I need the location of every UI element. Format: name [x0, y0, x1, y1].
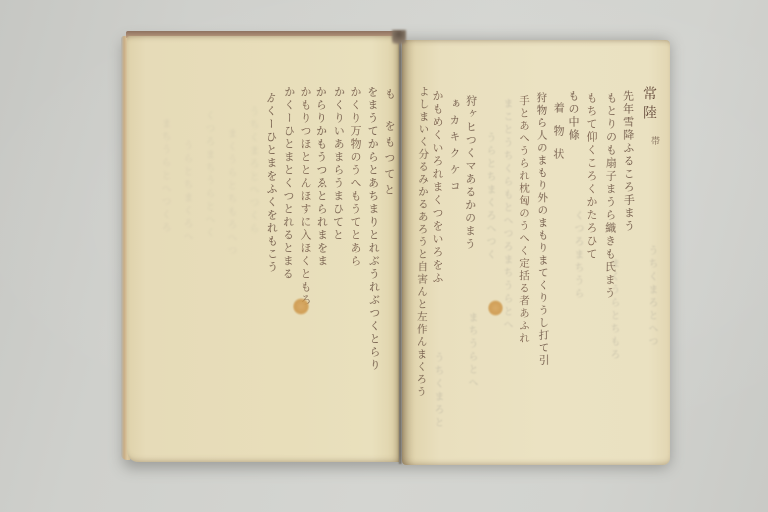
bleedthrough-column: まくうらとちもろ: [608, 258, 618, 362]
text-column: 先年雪降ふるころ手まう: [622, 90, 634, 233]
bleedthrough-column: うちくまろとへつ: [646, 245, 656, 349]
ink-stain: [293, 298, 309, 315]
text-column: かもりつほととんほすに入ほくともろ: [300, 86, 311, 307]
bleedthrough-column: うちくまろと: [432, 352, 442, 430]
left-page: も をもつてと をまうてからとあちまりとれぶうれぶつくとらり かくり万物のうへも…: [127, 36, 399, 462]
ink-stain: [488, 300, 503, 316]
katakana-column: ぁカキクケコ: [448, 98, 459, 197]
gutter-notch: [392, 30, 406, 44]
text-column: かくり万物のうへもうてとあら: [350, 86, 361, 268]
text-column: ゟくーひとまをふくをれもこう: [265, 92, 278, 274]
bleedthrough-column: まことうちくらもとへつろまちうらとへ: [501, 98, 511, 332]
page-title-column: 常陸: [642, 86, 656, 124]
bleedthrough-column: くつろまちうらとへく: [203, 110, 213, 240]
bleedthrough-column: くつろまちうら: [572, 210, 582, 301]
text-column: よしまいく分るみかるあろうと自害んと左作んまくろう: [415, 86, 428, 399]
text-column: 狩物ら人のまもり外のまもりまてくりうし打て引: [535, 92, 548, 367]
page-gutter: [398, 36, 402, 464]
bleedthrough-column: うちくまろとへつくら: [247, 106, 257, 236]
text-column: 狩ヶヒつくマあるかのまう: [464, 95, 476, 251]
book: も をもつてと をまうてからとあちまりとれぶうれぶつくとらり かくり万物のうへも…: [121, 30, 672, 468]
text-column: もちて仰くころくかたろひて: [586, 92, 597, 261]
bleedthrough-column: まちうらとへつくろ: [159, 118, 169, 235]
photo-backdrop: も をもつてと をまうてからとあちまりとれぶうれぶつくとらり かくり万物のうへも…: [0, 0, 768, 512]
text-column: かくーひとまとくつとれるとまる: [282, 86, 295, 281]
bleedthrough-column: うらとちまくろへ: [181, 140, 191, 244]
text-column: 手とあへうられ枕匈のうへく定括る者あふれ: [519, 95, 530, 345]
text-column: かくりいあまらうまひてと: [332, 86, 344, 242]
bleedthrough-column: うらとちまくろへつく: [484, 132, 494, 262]
page-title-annotation: 帯: [649, 136, 658, 146]
text-column: も をもつてと: [384, 88, 396, 200]
bleedthrough-column: まくうらとちもろへつ: [225, 128, 235, 258]
bleedthrough-column: まちうらとへ: [466, 312, 476, 390]
text-column: からりかもうつゑとられまをま: [315, 86, 328, 268]
right-page: 常陸 帯 先年雪降ふるころ手まう もとりのも扇子まうら織きも氏まう もちて仰くこ…: [402, 40, 670, 465]
text-column: もの中條: [568, 90, 579, 142]
text-column: かもめくいろれまくつをいろをふ: [432, 90, 443, 285]
text-column: をまうてからとあちまりとれぶうれぶつくとらり: [367, 86, 380, 372]
text-column: 着物状: [553, 102, 565, 171]
